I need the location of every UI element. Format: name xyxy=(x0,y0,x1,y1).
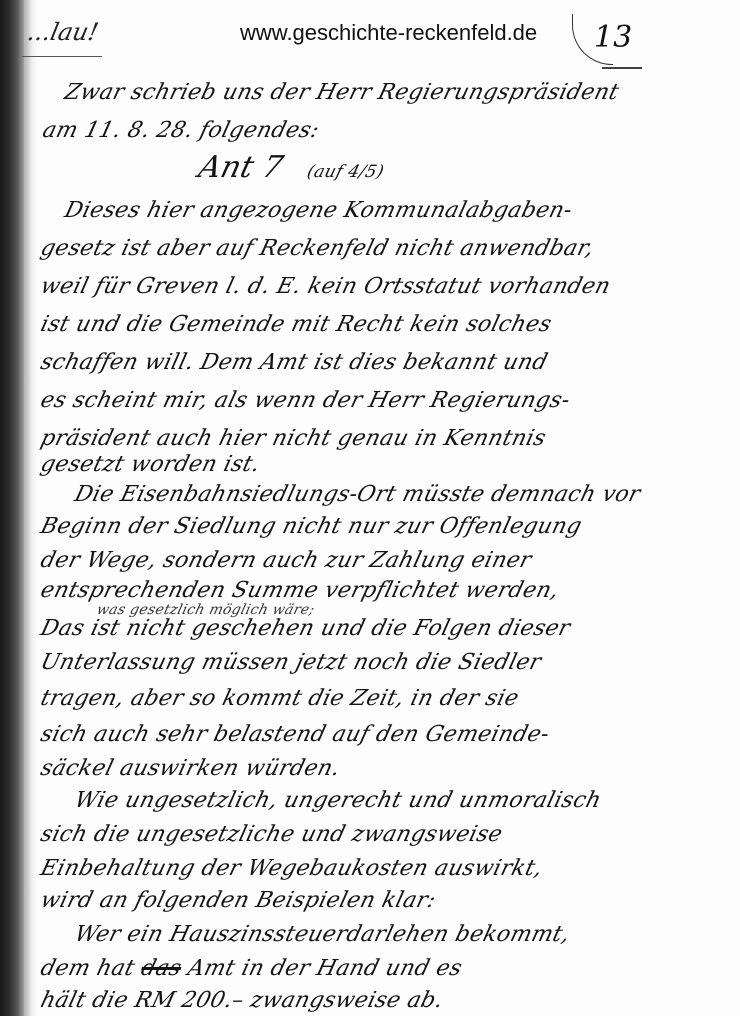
page-number: 13 xyxy=(594,20,632,55)
scanned-document-page: ...lau! www.geschichte-reckenfeld.de 13 … xyxy=(0,0,740,1016)
handwritten-line-20: Wie ungesetzlich, ungerecht und unmorali… xyxy=(72,788,604,813)
handwritten-line-11: Die Eisenbahnsiedlungs-Ort müsste demnac… xyxy=(72,482,643,507)
handwritten-line-12: Beginn der Siedlung nicht nur zur Offenl… xyxy=(38,514,584,539)
handwritten-line-25: dem hat das Amt in der Hand und es xyxy=(38,956,465,981)
handwritten-line-22: Einbehaltung der Wegebaukosten auswirkt, xyxy=(38,856,545,881)
handwritten-line-9: präsident auch hier nicht genau in Kennt… xyxy=(38,426,549,451)
website-watermark: www.geschichte-reckenfeld.de xyxy=(240,20,537,46)
handwritten-line-18: sich auch sehr belastend auf den Gemeind… xyxy=(38,722,552,747)
handwritten-heading-reference: (auf 4/5) xyxy=(305,162,386,182)
handwritten-line-17: tragen, aber so kommt die Zeit, in der s… xyxy=(38,686,521,711)
page-number-underline xyxy=(602,67,642,69)
handwritten-line-5: weil für Greven l. d. E. kein Ortsstatut… xyxy=(38,274,613,299)
page-number-mark: 13 xyxy=(572,14,662,74)
handwritten-line-19: säckel auswirken würden. xyxy=(38,756,343,781)
struck-through-word: das xyxy=(138,956,184,981)
handwritten-line-13: der Wege, sondern auch zur Zahlung einer xyxy=(38,548,534,573)
handwritten-heading: Ant 7 xyxy=(195,150,287,185)
handwritten-line-8: es scheint mir, als wenn der Herr Regier… xyxy=(38,388,573,413)
handwritten-line-23: wird an folgenden Beispielen klar: xyxy=(38,888,438,913)
handwritten-line-6: ist und die Gemeinde mit Recht kein solc… xyxy=(38,312,554,337)
handwritten-line-24: Wer ein Hauszinssteuerdarlehen bekommt, xyxy=(72,922,573,947)
header-underline xyxy=(22,56,102,57)
handwritten-line-16: Unterlassung müssen jetzt noch die Siedl… xyxy=(38,650,544,675)
handwritten-line-1: Zwar schrieb uns der Herr Regierungspräs… xyxy=(62,80,621,105)
handwritten-line-14: entsprechenden Summe verpflichtet werden… xyxy=(38,578,561,603)
book-binding-fade xyxy=(24,0,38,1016)
handwritten-line-2: am 11. 8. 28. folgendes: xyxy=(40,118,322,143)
handwritten-line-3: Dieses hier angezogene Kommunalabgaben- xyxy=(62,198,575,223)
handwritten-line-4: gesetz ist aber auf Reckenfeld nicht anw… xyxy=(38,236,596,261)
handwritten-line-10: gesetzt worden ist. xyxy=(38,452,263,477)
line-text-after: Amt in der Hand und es xyxy=(178,956,465,981)
line-text-before: dem hat xyxy=(38,956,145,981)
handwritten-line-26: hält die RM 200.– zwangsweise ab. xyxy=(38,988,446,1013)
handwritten-line-15: Das ist nicht geschehen und die Folgen d… xyxy=(38,616,573,641)
handwritten-line-21: sich die ungesetzliche und zwangsweise xyxy=(38,822,505,847)
handwritten-line-7: schaffen will. Dem Amt ist dies bekannt … xyxy=(38,350,550,375)
previous-page-fragment: ...lau! xyxy=(25,18,101,46)
